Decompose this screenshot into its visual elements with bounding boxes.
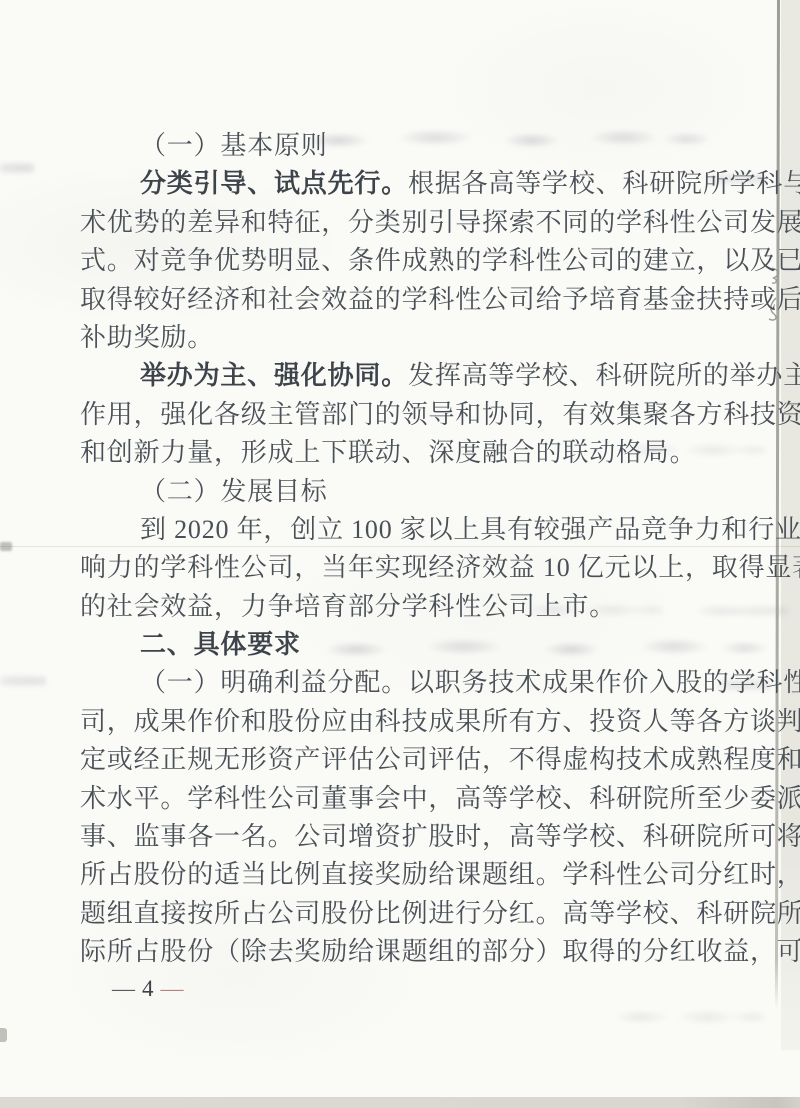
scanned-document-page: （一）基本原则分类引导、试点先行。根据各高等学校、科研院所学科与技术优势的差异和… bbox=[0, 0, 800, 1108]
body-text: （一）基本原则 bbox=[140, 131, 328, 160]
text-line: 所占股份的适当比例直接奖励给课题组。学科性公司分红时，课 bbox=[80, 856, 740, 894]
text-line: 取得较好经济和社会效益的学科性公司给予培育基金扶持或后 bbox=[80, 281, 740, 319]
bold-lead-text: 分类引导、试点先行。 bbox=[140, 169, 408, 198]
text-line: （一）基本原则 bbox=[80, 127, 740, 165]
body-text: 式。对竞争优势明显、条件成熟的学科性公司的建立，以及已经 bbox=[80, 246, 800, 275]
text-line: 术水平。学科性公司董事会中，高等学校、科研院所至少委派董 bbox=[80, 780, 740, 818]
bleed-through-smudge bbox=[600, 1000, 765, 1034]
text-line: 举办为主、强化协同。发挥高等学校、科研院所的举办主体 bbox=[80, 357, 740, 395]
text-line: （一）明确利益分配。以职务技术成果作价入股的学科性公 bbox=[80, 664, 740, 702]
bold-lead-text: 举办为主、强化协同。 bbox=[140, 361, 408, 390]
body-text: 和创新力量，形成上下联动、深度融合的联动格局。 bbox=[80, 438, 696, 467]
page-number-dash-right: — bbox=[161, 976, 185, 1001]
body-text: 所占股份的适当比例直接奖励给课题组。学科性公司分红时，课 bbox=[80, 860, 800, 889]
text-line: 分类引导、试点先行。根据各高等学校、科研院所学科与技 bbox=[80, 165, 740, 203]
document-body: （一）基本原则分类引导、试点先行。根据各高等学校、科研院所学科与技术优势的差异和… bbox=[80, 127, 740, 972]
page-number-dash-left: — bbox=[112, 976, 136, 1001]
body-text: 取得较好经济和社会效益的学科性公司给予培育基金扶持或后 bbox=[80, 285, 800, 314]
paper-right-edge-line bbox=[775, 0, 780, 1010]
text-line: 司，成果作价和股份应由科技成果所有方、投资人等各方谈判确 bbox=[80, 703, 740, 741]
text-line: 补助奖励。 bbox=[80, 319, 740, 357]
body-text: （二）发展目标 bbox=[140, 477, 328, 506]
text-line: 题组直接按所占公司股份比例进行分红。高等学校、科研院所实 bbox=[80, 895, 740, 933]
body-text: （一）明确利益分配。以职务技术成果作价入股的学科性公 bbox=[140, 668, 800, 697]
text-line: 定或经正规无形资产评估公司评估，不得虚构技术成熟程度和技 bbox=[80, 741, 740, 779]
body-text: 际所占股份（除去奖励给课题组的部分）取得的分红收益，可按 bbox=[80, 937, 800, 966]
bold-lead-text: 二、具体要求 bbox=[140, 630, 301, 659]
left-edge-notch-artifact bbox=[0, 1028, 7, 1042]
text-line: 和创新力量，形成上下联动、深度融合的联动格局。 bbox=[80, 434, 740, 472]
body-text: 响力的学科性公司，当年实现经济效益 10 亿元以上，取得显著 bbox=[80, 553, 800, 582]
scanner-bottom-margin bbox=[0, 1097, 800, 1108]
bleed-through-smudge bbox=[0, 664, 46, 698]
text-line: 式。对竞争优势明显、条件成熟的学科性公司的建立，以及已经 bbox=[80, 242, 740, 280]
text-line: 作用，强化各级主管部门的领导和协同，有效集聚各方科技资源 bbox=[80, 396, 740, 434]
body-text: 题组直接按所占公司股份比例进行分红。高等学校、科研院所实 bbox=[80, 899, 800, 928]
body-text: 作用，强化各级主管部门的领导和协同，有效集聚各方科技资源 bbox=[80, 400, 800, 429]
page-number: —4— bbox=[112, 976, 185, 1002]
text-line: 际所占股份（除去奖励给课题组的部分）取得的分红收益，可按 bbox=[80, 933, 740, 971]
text-line: 二、具体要求 bbox=[80, 626, 740, 664]
body-text: 司，成果作价和股份应由科技成果所有方、投资人等各方谈判确 bbox=[80, 707, 800, 736]
text-line: （二）发展目标 bbox=[80, 473, 740, 511]
body-text: 术水平。学科性公司董事会中，高等学校、科研院所至少委派董 bbox=[80, 784, 800, 813]
body-text: 术优势的差异和特征，分类别引导探索不同的学科性公司发展模 bbox=[80, 208, 800, 237]
scan-band-left-mark bbox=[0, 542, 12, 551]
body-text: 补助奖励。 bbox=[80, 323, 214, 352]
text-line: 事、监事各一名。公司增资扩股时，高等学校、科研院所可将其 bbox=[80, 818, 740, 856]
text-line: 到 2020 年，创立 100 家以上具有较强产品竞争力和行业影 bbox=[80, 511, 740, 549]
body-text: 的社会效益，力争培育部分学科性公司上市。 bbox=[80, 592, 616, 621]
page-number-value: 4 bbox=[136, 976, 161, 1001]
text-line: 响力的学科性公司，当年实现经济效益 10 亿元以上，取得显著 bbox=[80, 549, 740, 587]
body-text: 定或经正规无形资产评估公司评估，不得虚构技术成熟程度和技 bbox=[80, 745, 800, 774]
body-text: 事、监事各一名。公司增资扩股时，高等学校、科研院所可将其 bbox=[80, 822, 800, 851]
body-text: 根据各高等学校、科研院所学科与技 bbox=[408, 169, 800, 198]
text-line: 的社会效益，力争培育部分学科性公司上市。 bbox=[80, 588, 740, 626]
body-text: 到 2020 年，创立 100 家以上具有较强产品竞争力和行业影 bbox=[140, 515, 800, 544]
body-text: 发挥高等学校、科研院所的举办主体 bbox=[408, 361, 800, 390]
bleed-through-smudge bbox=[0, 140, 34, 196]
text-line: 术优势的差异和特征，分类别引导探索不同的学科性公司发展模 bbox=[80, 204, 740, 242]
